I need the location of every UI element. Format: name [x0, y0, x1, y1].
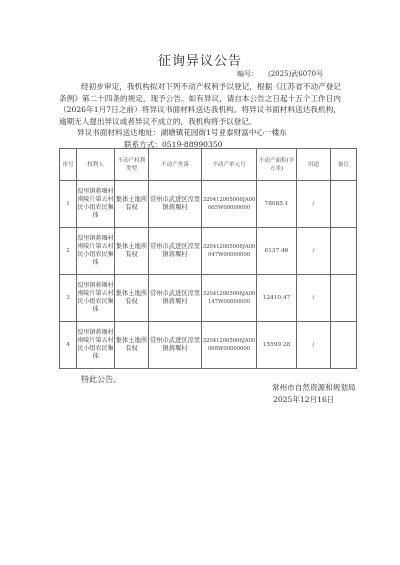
header-right-type: 不动产权利类型 [115, 149, 149, 181]
cell-right-type: 集体土地所有权 [115, 322, 149, 369]
objection-address: 异议书面材料送达地址：湖塘镇花园街1号亚泰财富中心一楼东 [77, 127, 287, 138]
cell-location: 常州市武进区湟里镇蒋堰村 [149, 275, 202, 322]
cell-remark [331, 228, 357, 275]
header-area: 不动产面积(平方米) [257, 149, 297, 181]
cell-remark [331, 181, 357, 228]
header-seq: 序号 [60, 149, 77, 181]
cell-usage: / [297, 228, 331, 275]
cell-unit-no: 320412005006JA00047W00000000 [202, 228, 257, 275]
cell-seq: 1 [60, 181, 77, 228]
notice-page: 征询异议公告 编号：(2025)武6070号 经初步审定，我机构拟对下列不动产权… [0, 0, 400, 565]
closing-statement: 特此公告。 [81, 374, 121, 385]
cell-area: 15599.28 [257, 322, 297, 369]
cell-right-type: 集体土地所有权 [115, 181, 149, 228]
cell-area: 78085.1 [257, 181, 297, 228]
cell-usage: / [297, 181, 331, 228]
cell-owner: 湟里镇蒋堰村南陵片第五村民小组农民集体 [77, 275, 115, 322]
table-header-row: 序号 权利人 不动产权利类型 不动产坐落 不动产单元号 不动产面积(平方米) 用… [60, 149, 357, 181]
body-paragraph: 经初步审定，我机构拟对下列不动产权利予以登记，根据《江苏省不动产登记条例》第二十… [59, 81, 341, 127]
issue-date: 2025年12月16日 [273, 394, 334, 405]
cell-right-type: 集体土地所有权 [115, 228, 149, 275]
cell-owner: 湟里镇蒋堰村南陵片第五村民小组农民集体 [77, 322, 115, 369]
cell-remark [331, 275, 357, 322]
property-table: 序号 权利人 不动产权利类型 不动产坐落 不动产单元号 不动产面积(平方米) 用… [59, 148, 357, 369]
issuing-authority: 常州市自然资源和规划局 [272, 382, 356, 393]
header-remark: 备注 [331, 149, 357, 181]
cell-location: 常州市武进区湟里镇蒋堰村 [149, 228, 202, 275]
header-unit-no: 不动产单元号 [202, 149, 257, 181]
table-row: 4 湟里镇蒋堰村南陵片第五村民小组农民集体 集体土地所有权 常州市武进区湟里镇蒋… [60, 322, 357, 369]
cell-unit-no: 320412005006JA00065W00000000 [202, 181, 257, 228]
cell-seq: 3 [60, 275, 77, 322]
cell-location: 常州市武进区湟里镇蒋堰村 [149, 181, 202, 228]
table-row: 2 湟里镇蒋堰村南陵片第五村民小组农民集体 集体土地所有权 常州市武进区湟里镇蒋… [60, 228, 357, 275]
cell-owner: 湟里镇蒋堰村南陵片第五村民小组农民集体 [77, 228, 115, 275]
cell-area: 6137.46 [257, 228, 297, 275]
document-number-label: 编号： [237, 70, 258, 78]
cell-seq: 2 [60, 228, 77, 275]
cell-remark [331, 322, 357, 369]
document-number: 编号：(2025)武6070号 [237, 69, 323, 79]
table-row: 1 湟里镇蒋堰村南陵片第五村民小组农民集体 集体土地所有权 常州市武进区湟里镇蒋… [60, 181, 357, 228]
cell-usage: / [297, 275, 331, 322]
cell-owner: 湟里镇蒋堰村南陵片第五村民小组农民集体 [77, 181, 115, 228]
cell-location: 常州市武进区湟里镇蒋堰村 [149, 322, 202, 369]
header-usage: 用途 [297, 149, 331, 181]
header-location: 不动产坐落 [149, 149, 202, 181]
cell-right-type: 集体土地所有权 [115, 275, 149, 322]
cell-unit-no: 320412005006JA00147W00000000 [202, 275, 257, 322]
table-row: 3 湟里镇蒋堰村南陵片第五村民小组农民集体 集体土地所有权 常州市武进区湟里镇蒋… [60, 275, 357, 322]
document-number-value: (2025)武6070号 [268, 70, 323, 78]
header-owner: 权利人 [77, 149, 115, 181]
document-title: 征询异议公告 [0, 50, 400, 69]
cell-unit-no: 320412005006JA00068W00000000 [202, 322, 257, 369]
cell-area: 12410.47 [257, 275, 297, 322]
cell-usage: / [297, 322, 331, 369]
cell-seq: 4 [60, 322, 77, 369]
